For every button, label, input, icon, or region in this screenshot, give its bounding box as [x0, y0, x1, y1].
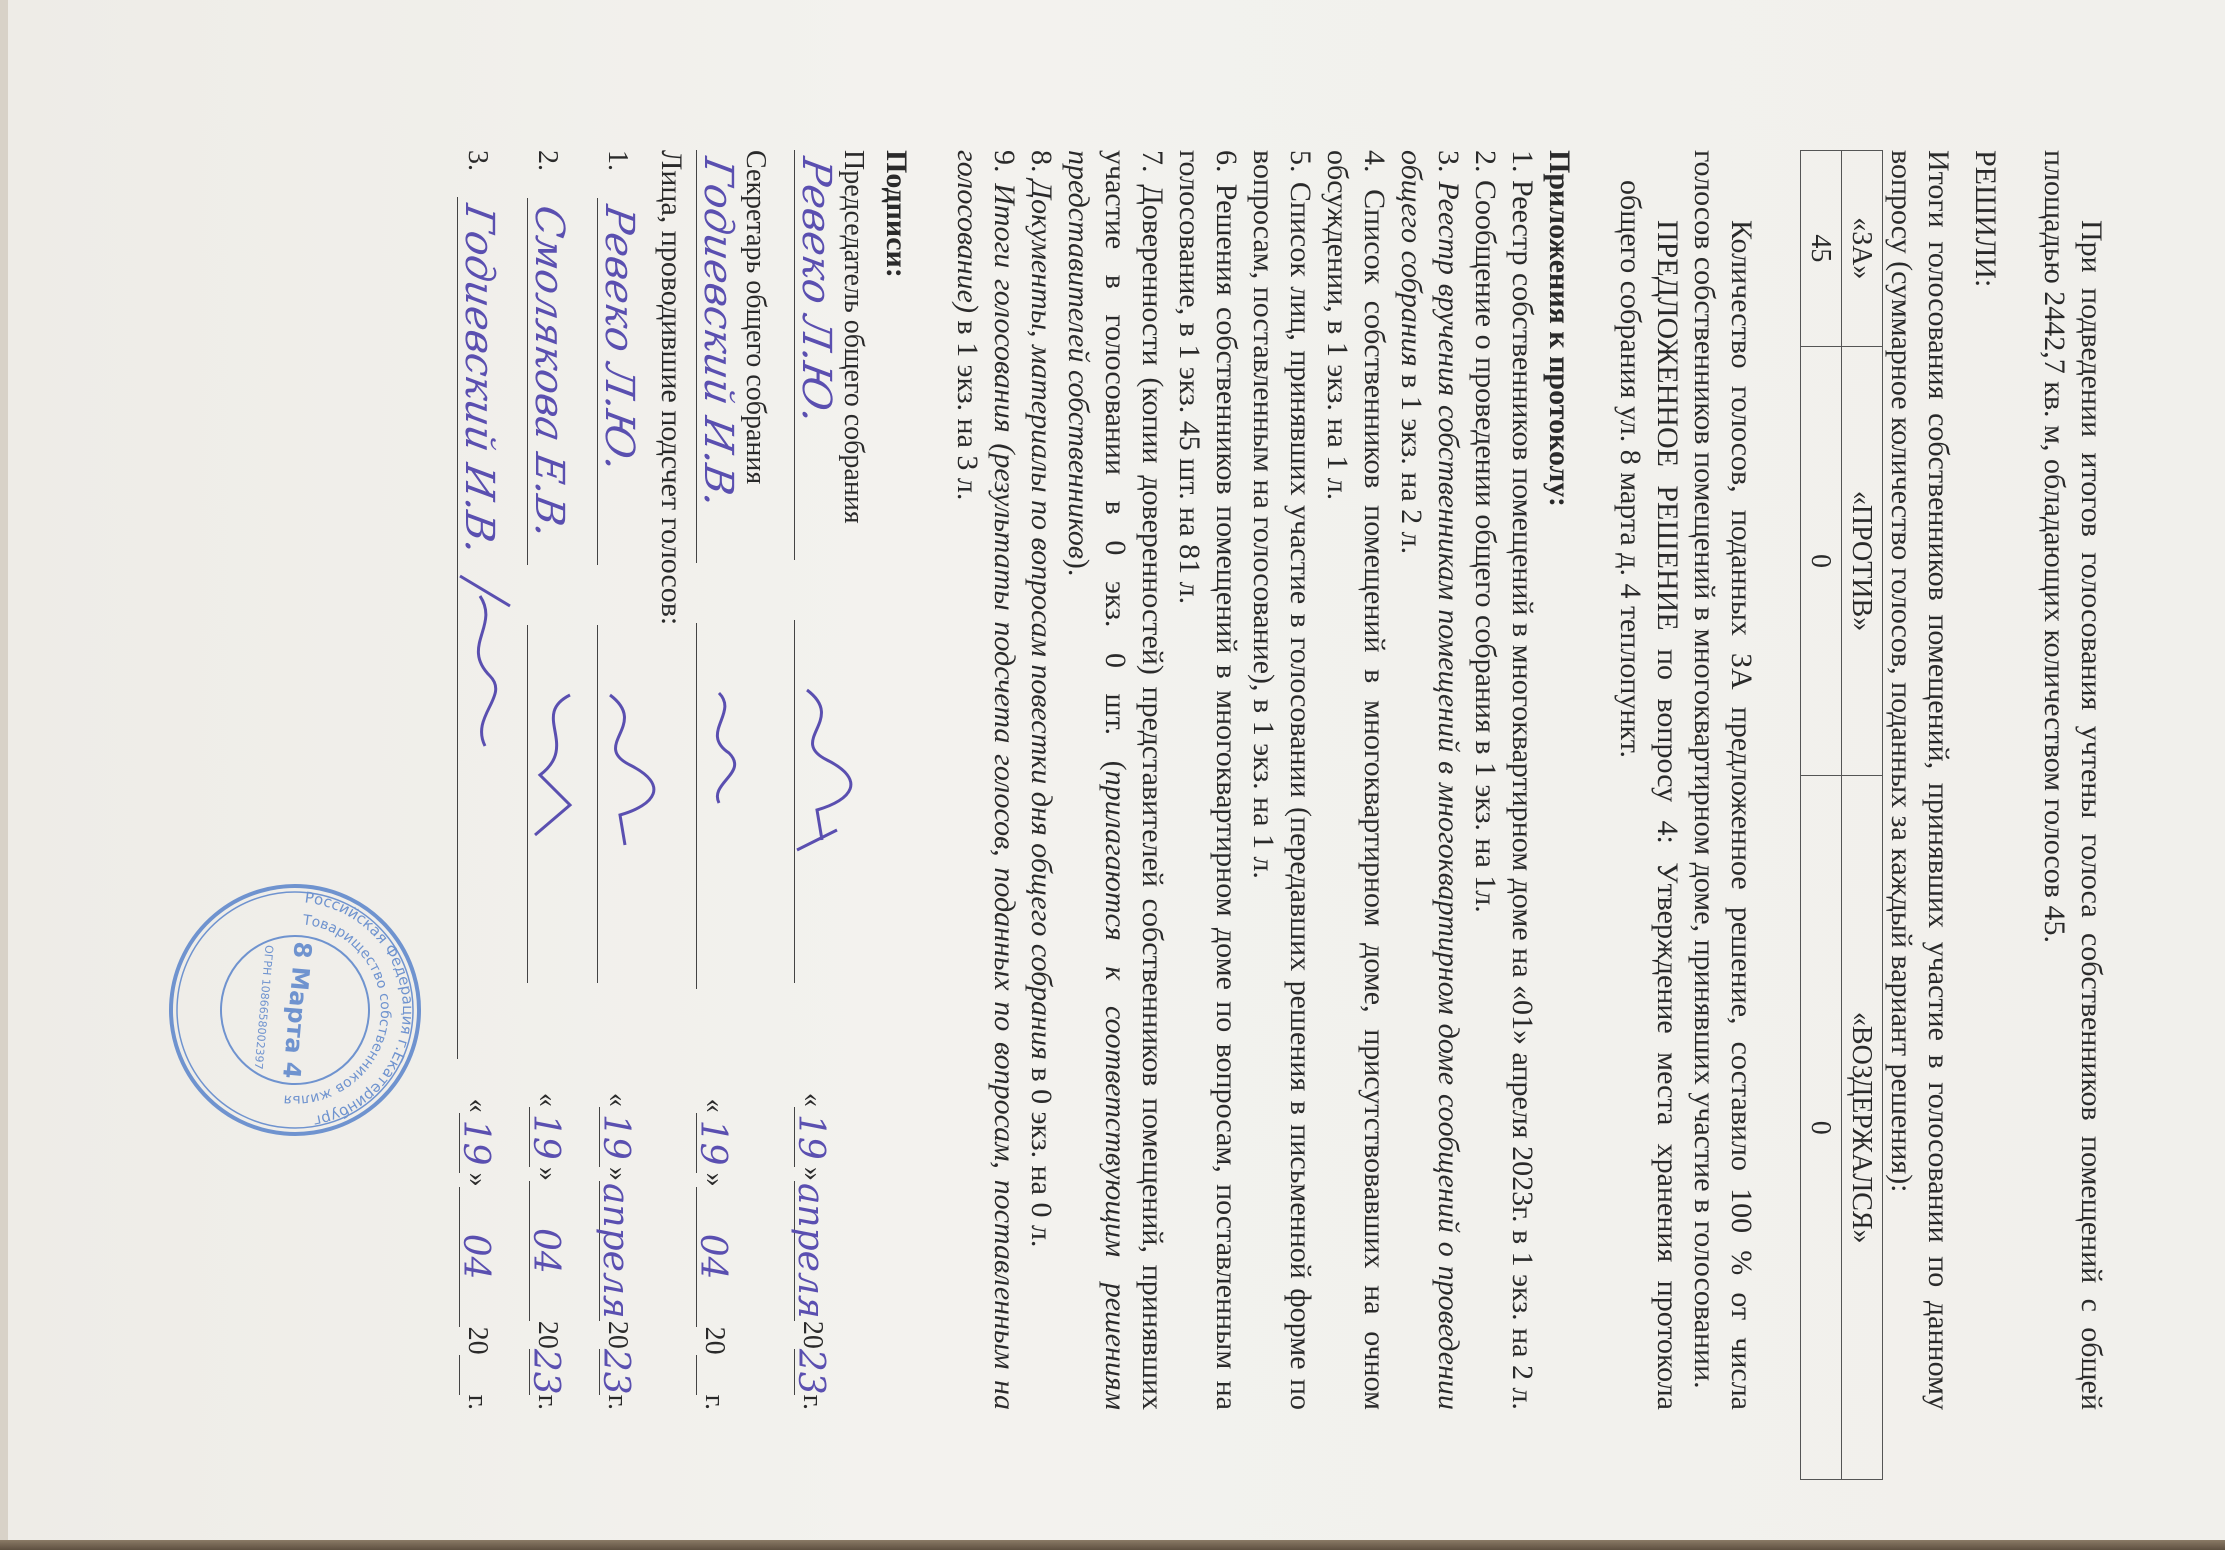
protocol-page: При подведении итогов голосования учтены… — [90, 150, 2110, 1410]
secretary-label: Секретарь общего собрания — [737, 150, 774, 484]
attachment-item: 8. Документы, материалы по вопросам пове… — [1023, 150, 1060, 1410]
attachment-item: 6. Решения собственников помещений в мно… — [1171, 150, 1245, 1410]
signature-scribble-icon — [451, 566, 521, 766]
attachment-item: 9. Итоги голосования (результаты подсчет… — [949, 150, 1023, 1410]
counter-row: 3. Годиевский И.В. «19»0420г. — [443, 150, 513, 1410]
chairman-label: Председатель общего собрания — [835, 150, 872, 524]
counter-name-line: Смолякова Е.В. — [528, 198, 569, 565]
counter-name-line: Ревеко Л.Ю. — [598, 198, 639, 565]
attachment-item: 4. Список собственников помещений в мног… — [1319, 150, 1393, 1410]
chairman-signature-row: Председатель общего собрания Ревеко Л.Ю.… — [794, 150, 872, 1410]
counter-signature-line — [528, 625, 569, 983]
counter-date: «19»0420г. — [460, 1099, 497, 1410]
signature-scribble-icon — [689, 683, 759, 883]
header-abstained: «ВОЗДЕРЖАЛСЯ» — [1842, 776, 1883, 1480]
header-for: «ЗА» — [1842, 151, 1883, 347]
results-header-row: «ЗА» «ПРОТИВ» «ВОЗДЕРЖАЛСЯ» — [1842, 151, 1883, 1480]
attachment-item: 1. Реестр собственников помещений в мног… — [1504, 150, 1541, 1410]
header-against: «ПРОТИВ» — [1842, 346, 1883, 776]
counter-signature-line — [598, 625, 639, 983]
votes-summary: Количество голосов, поданных ЗА предложе… — [1686, 150, 1760, 1410]
signature-scribble-icon — [591, 685, 661, 885]
secretary-signature-line — [696, 623, 737, 989]
results-table: «ЗА» «ПРОТИВ» «ВОЗДЕРЖАЛСЯ» 45 0 0 — [1800, 150, 1883, 1480]
counter-row: 2. Смолякова Е.В. «19»042023г. — [513, 150, 583, 1410]
attachment-item: 5. Список лиц, принявших участие в голос… — [1245, 150, 1319, 1410]
chairman-name-handwritten: Ревеко Л.Ю. — [797, 155, 834, 426]
value-for: 45 — [1801, 151, 1842, 347]
counter-date: «19»апреля2023г. — [600, 1093, 637, 1410]
secretary-name-handwritten: Годиевский И.В. — [699, 155, 736, 510]
signature-scribble-icon — [521, 685, 591, 885]
counter-row: 1. Ревеко Л.Ю. «19»апреля2023г. — [583, 150, 653, 1410]
value-against: 0 — [1801, 346, 1842, 776]
attachment-item: 7. Доверенности (копии доверенностей) пр… — [1060, 150, 1171, 1410]
stamp-seal-icon: Российская Федерация г.Екатеринбург Това… — [154, 869, 436, 1151]
secretary-signature-row: Секретарь общего собрания Годиевский И.В… — [696, 150, 774, 1410]
chairman-signature-line — [794, 620, 835, 983]
results-value-row: 45 0 0 — [1801, 151, 1842, 1480]
signatures-section: Подписи: Председатель общего собрания Ре… — [443, 150, 915, 1410]
proposed-decision: ПРЕДЛОЖЕННОЕ РЕШЕНИЕ по вопросу 4: Утвер… — [1612, 150, 1686, 1410]
chairman-name-line: Ревеко Л.Ю. — [794, 150, 835, 560]
intro-paragraph: При подведении итогов голосования учтены… — [2036, 150, 2110, 1410]
table-surface-edge — [0, 1540, 2225, 1550]
stamp-ogrn: ОГРН 1086658002397 — [252, 945, 276, 1070]
counter-date: «19»042023г. — [530, 1093, 567, 1410]
results-intro: Итоги голосования собственников помещени… — [1883, 150, 1957, 1410]
counter-name-line: Годиевский И.В. — [458, 197, 499, 556]
attachments-heading: Приложения к протоколу: — [1541, 150, 1578, 1410]
value-abstained: 0 — [1801, 776, 1842, 1480]
stamp-center-text: 8 Марта 4 — [277, 940, 317, 1079]
attachments-list: 1. Реестр собственников помещений в мног… — [949, 150, 1541, 1410]
attachment-item: 3. Реестр вручения собственникам помещен… — [1393, 150, 1467, 1410]
counter-signature-line — [458, 556, 499, 1059]
secretary-date: «19»0420г. — [696, 1099, 733, 1410]
decided-heading: РЕШИЛИ: — [1967, 150, 2004, 1410]
secretary-name-line: Годиевский И.В. — [696, 150, 737, 563]
chairman-date: «19»апреля2023г. — [794, 1093, 831, 1410]
organization-stamp: Российская Федерация г.Екатеринбург Това… — [154, 869, 436, 1151]
signatures-heading: Подписи: — [878, 150, 915, 1410]
attachment-item: 2. Сообщение о проведении общего собрани… — [1467, 150, 1504, 1410]
signature-scribble-icon — [787, 680, 857, 880]
